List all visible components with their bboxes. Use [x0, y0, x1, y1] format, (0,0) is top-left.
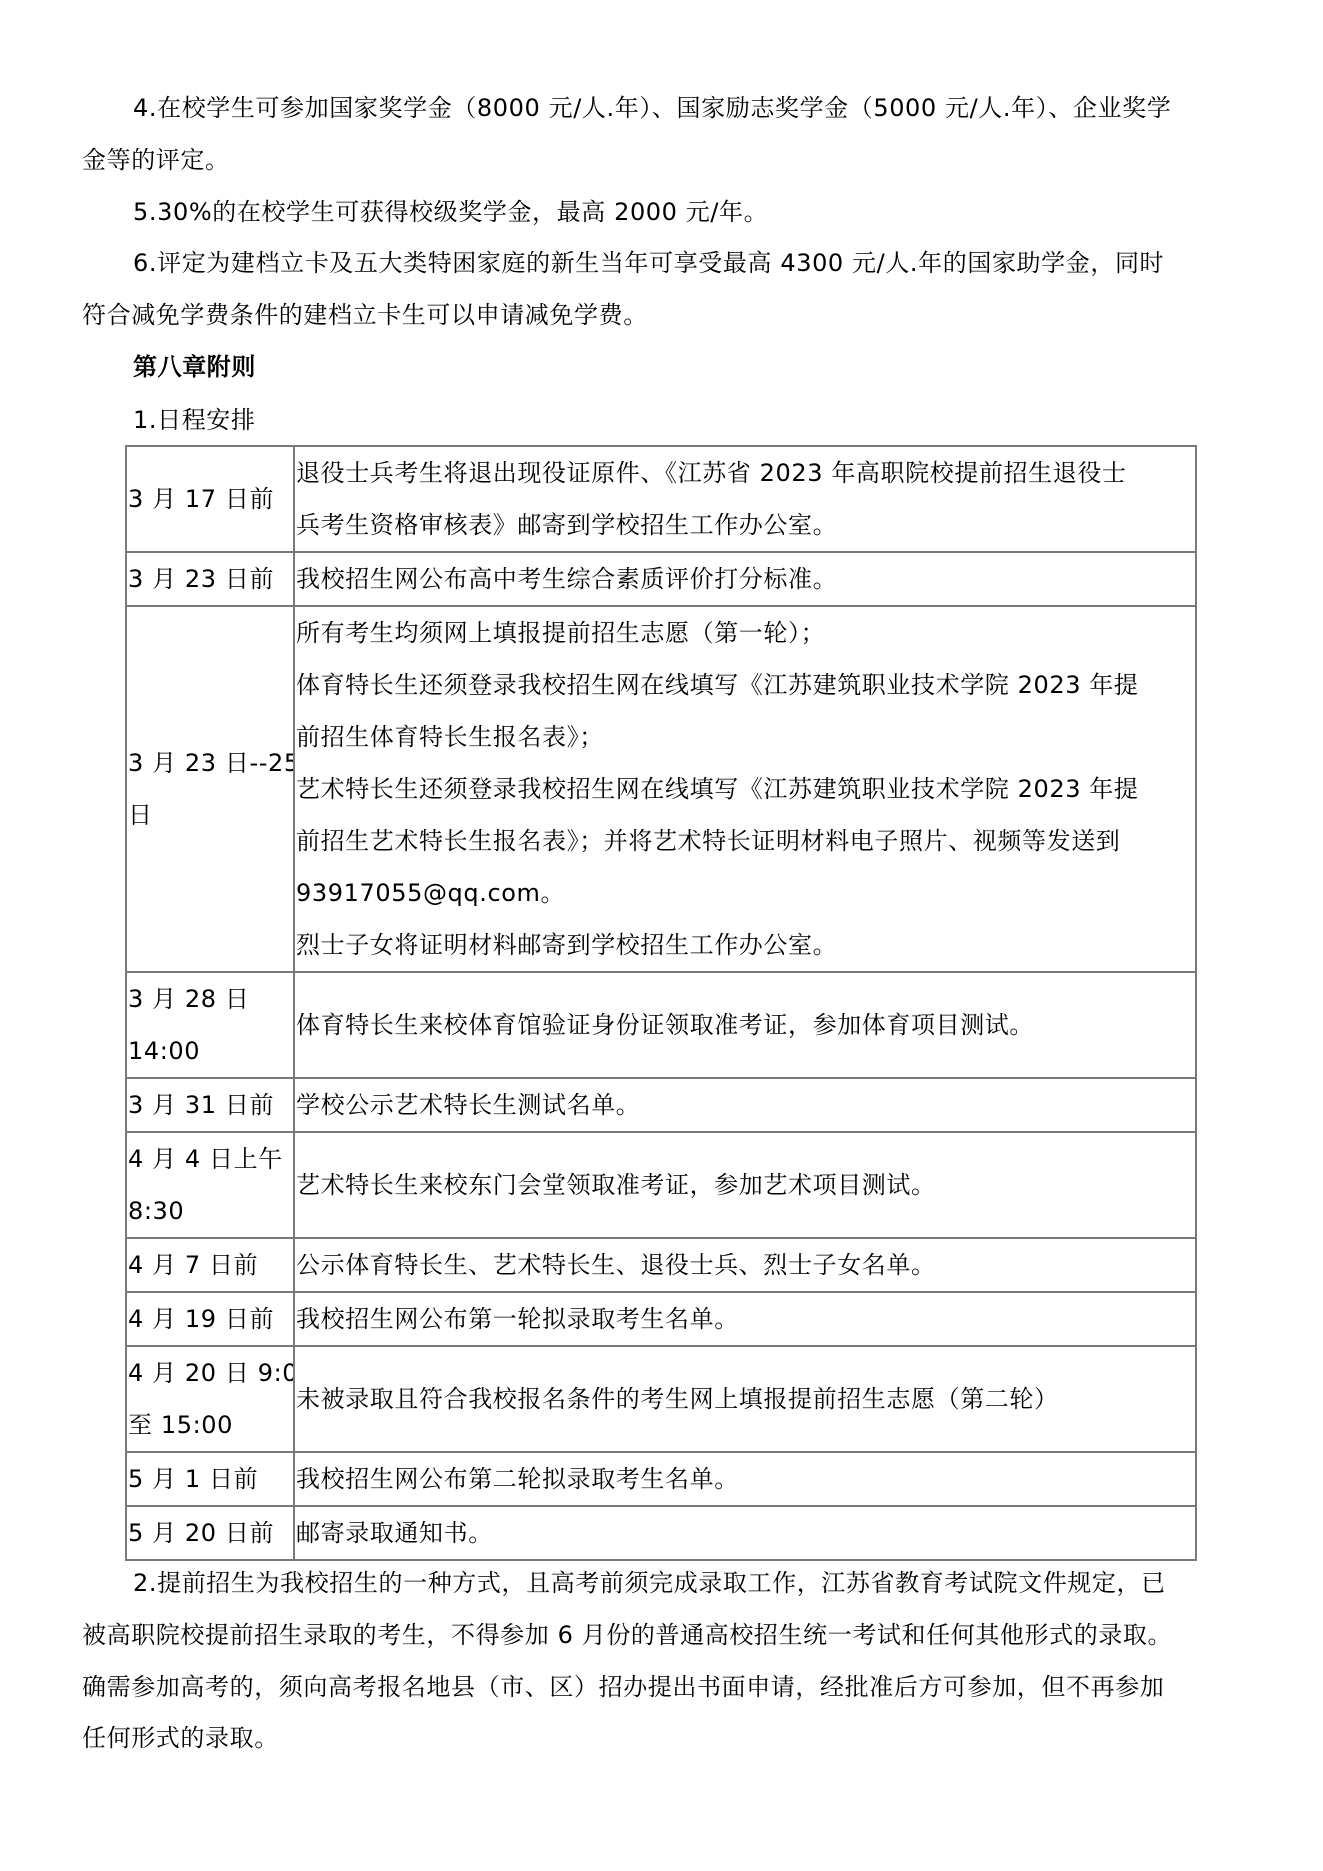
- date-line: 14:00: [128, 1025, 293, 1077]
- content-line: 体育特长生还须登录我校招生网在线填写《江苏建筑职业技术学院 2023 年提: [296, 659, 1195, 711]
- date-line: 4 月 7 日前: [128, 1239, 293, 1291]
- table-row: 4 月 7 日前 公示体育特长生、艺术特长生、退役士兵、烈士子女名单。: [126, 1238, 1196, 1292]
- schedule-content-cell: 未被录取且符合我校报名条件的考生网上填报提前招生志愿（第二轮）: [294, 1346, 1196, 1452]
- schedule-content-cell: 我校招生网公布高中考生综合素质评价打分标准。: [294, 552, 1196, 606]
- table-row: 3 月 31 日前 学校公示艺术特长生测试名单。: [126, 1078, 1196, 1132]
- item-6-line-2: 符合减免学费条件的建档立卡生可以申请减免学费。: [82, 289, 648, 341]
- content-line: 学校公示艺术特长生测试名单。: [296, 1079, 1195, 1131]
- schedule-date-cell: 3 月 23 日--25 日: [126, 606, 294, 972]
- item-4-line-2: 金等的评定。: [82, 134, 230, 186]
- date-line: 至 15:00: [128, 1399, 293, 1451]
- content-line: 前招生体育特长生报名表》；: [296, 711, 1195, 763]
- item-2-line-1: 2.提前招生为我校招生的一种方式，且高考前须完成录取工作，江苏省教育考试院文件规…: [133, 1557, 1166, 1609]
- item-2-line-3: 确需参加高考的，须向高考报名地县（市、区）招办提出书面申请，经批准后方可参加，但…: [82, 1661, 1164, 1713]
- item-4-line-1: 4.在校学生可参加国家奖学金（8000 元/人.年）、国家励志奖学金（5000 …: [133, 82, 1171, 134]
- document-page: 4.在校学生可参加国家奖学金（8000 元/人.年）、国家励志奖学金（5000 …: [0, 0, 1323, 1871]
- schedule-date-cell: 4 月 20 日 9:00 至 15:00: [126, 1346, 294, 1452]
- date-line: 3 月 23 日--25: [128, 737, 293, 789]
- schedule-heading: 1.日程安排: [133, 394, 256, 446]
- chapter-heading: 第八章附则: [133, 341, 256, 393]
- table-row: 4 月 4 日上午 8:30 艺术特长生来校东门会堂领取准考证，参加艺术项目测试…: [126, 1132, 1196, 1238]
- content-line: 艺术特长生来校东门会堂领取准考证，参加艺术项目测试。: [296, 1159, 1195, 1211]
- table-row: 5 月 1 日前 我校招生网公布第二轮拟录取考生名单。: [126, 1452, 1196, 1506]
- content-line: 公示体育特长生、艺术特长生、退役士兵、烈士子女名单。: [296, 1239, 1195, 1291]
- content-line: 艺术特长生还须登录我校招生网在线填写《江苏建筑职业技术学院 2023 年提: [296, 763, 1195, 815]
- item-2-line-2: 被高职院校提前招生录取的考生，不得参加 6 月份的普通高校招生统一考试和任何其他…: [82, 1609, 1172, 1661]
- date-line: 4 月 20 日 9:00: [128, 1347, 293, 1399]
- content-line: 烈士子女将证明材料邮寄到学校招生工作办公室。: [296, 919, 1195, 971]
- schedule-date-cell: 3 月 23 日前: [126, 552, 294, 606]
- item-2-line-4: 任何形式的录取。: [82, 1712, 279, 1764]
- content-line: 我校招生网公布第一轮拟录取考生名单。: [296, 1293, 1195, 1345]
- schedule-table: 3 月 17 日前 退役士兵考生将退出现役证原件、《江苏省 2023 年高职院校…: [125, 445, 1197, 1561]
- schedule-date-cell: 4 月 7 日前: [126, 1238, 294, 1292]
- date-line: 4 月 4 日上午: [128, 1133, 293, 1185]
- schedule-content-cell: 体育特长生来校体育馆验证身份证领取准考证，参加体育项目测试。: [294, 972, 1196, 1078]
- schedule-content-cell: 学校公示艺术特长生测试名单。: [294, 1078, 1196, 1132]
- schedule-content-cell: 我校招生网公布第一轮拟录取考生名单。: [294, 1292, 1196, 1346]
- date-line: 4 月 19 日前: [128, 1293, 293, 1345]
- table-row: 3 月 28 日 14:00 体育特长生来校体育馆验证身份证领取准考证，参加体育…: [126, 972, 1196, 1078]
- schedule-content-cell: 我校招生网公布第二轮拟录取考生名单。: [294, 1452, 1196, 1506]
- date-line: 5 月 1 日前: [128, 1453, 293, 1505]
- schedule-content-cell: 公示体育特长生、艺术特长生、退役士兵、烈士子女名单。: [294, 1238, 1196, 1292]
- schedule-date-cell: 4 月 19 日前: [126, 1292, 294, 1346]
- content-line: 我校招生网公布第二轮拟录取考生名单。: [296, 1453, 1195, 1505]
- table-row: 3 月 23 日前 我校招生网公布高中考生综合素质评价打分标准。: [126, 552, 1196, 606]
- schedule-date-cell: 3 月 31 日前: [126, 1078, 294, 1132]
- content-line: 退役士兵考生将退出现役证原件、《江苏省 2023 年高职院校提前招生退役士: [296, 447, 1195, 499]
- table-row: 4 月 20 日 9:00 至 15:00 未被录取且符合我校报名条件的考生网上…: [126, 1346, 1196, 1452]
- content-line: 前招生艺术特长生报名表》；并将艺术特长证明材料电子照片、视频等发送到: [296, 815, 1195, 867]
- date-line: 3 月 28 日: [128, 973, 293, 1025]
- date-line: 3 月 17 日前: [128, 473, 293, 525]
- table-row: 4 月 19 日前 我校招生网公布第一轮拟录取考生名单。: [126, 1292, 1196, 1346]
- schedule-date-cell: 3 月 17 日前: [126, 446, 294, 552]
- date-line: 8:30: [128, 1185, 293, 1237]
- schedule-content-cell: 所有考生均须网上填报提前招生志愿（第一轮）； 体育特长生还须登录我校招生网在线填…: [294, 606, 1196, 972]
- content-line: 所有考生均须网上填报提前招生志愿（第一轮）；: [296, 607, 1195, 659]
- schedule-date-cell: 5 月 20 日前: [126, 1506, 294, 1560]
- table-row: 3 月 23 日--25 日 所有考生均须网上填报提前招生志愿（第一轮）； 体育…: [126, 606, 1196, 972]
- item-5-line-1: 5.30%的在校学生可获得校级奖学金，最高 2000 元/年。: [133, 186, 768, 238]
- content-line: 未被录取且符合我校报名条件的考生网上填报提前招生志愿（第二轮）: [296, 1373, 1195, 1425]
- table-row: 5 月 20 日前 邮寄录取通知书。: [126, 1506, 1196, 1560]
- content-line: 我校招生网公布高中考生综合素质评价打分标准。: [296, 553, 1195, 605]
- content-line: 兵考生资格审核表》邮寄到学校招生工作办公室。: [296, 499, 1195, 551]
- schedule-date-cell: 3 月 28 日 14:00: [126, 972, 294, 1078]
- date-line: 3 月 31 日前: [128, 1079, 293, 1131]
- item-6-line-1: 6.评定为建档立卡及五大类特困家庭的新生当年可享受最高 4300 元/人.年的国…: [133, 237, 1164, 289]
- content-line: 邮寄录取通知书。: [296, 1507, 1195, 1559]
- email-address: 93917055@qq.com。: [296, 867, 1195, 919]
- date-line: 5 月 20 日前: [128, 1507, 293, 1559]
- date-line: 3 月 23 日前: [128, 553, 293, 605]
- schedule-date-cell: 4 月 4 日上午 8:30: [126, 1132, 294, 1238]
- schedule-content-cell: 艺术特长生来校东门会堂领取准考证，参加艺术项目测试。: [294, 1132, 1196, 1238]
- schedule-content-cell: 退役士兵考生将退出现役证原件、《江苏省 2023 年高职院校提前招生退役士 兵考…: [294, 446, 1196, 552]
- table-row: 3 月 17 日前 退役士兵考生将退出现役证原件、《江苏省 2023 年高职院校…: [126, 446, 1196, 552]
- content-line: 体育特长生来校体育馆验证身份证领取准考证，参加体育项目测试。: [296, 999, 1195, 1051]
- date-line: 日: [128, 789, 293, 841]
- schedule-content-cell: 邮寄录取通知书。: [294, 1506, 1196, 1560]
- schedule-date-cell: 5 月 1 日前: [126, 1452, 294, 1506]
